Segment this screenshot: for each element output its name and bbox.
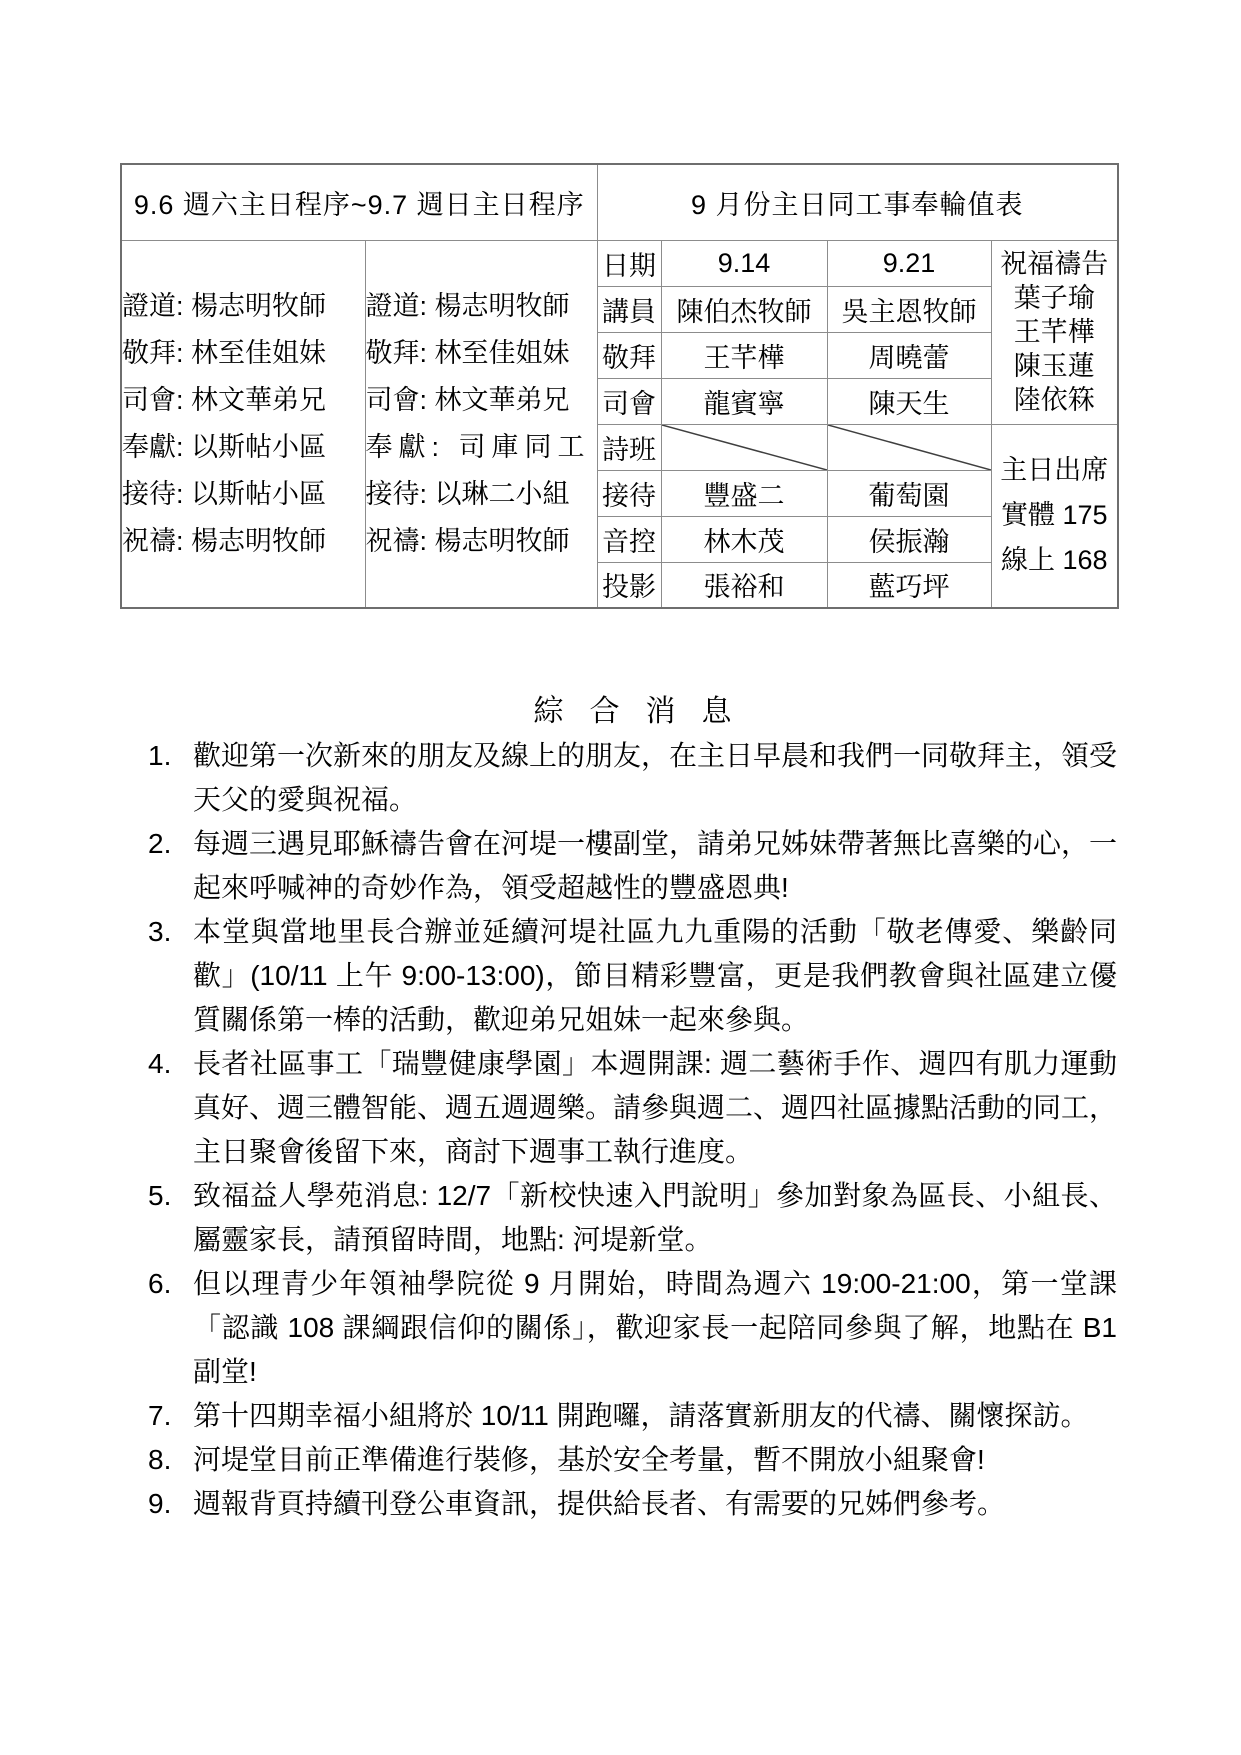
news-item: 9. 週報背頁持續刊登公車資訊，提供給長者、有需要的兄姊們參考。 bbox=[148, 1482, 1117, 1526]
news-item-text: 河堤堂目前正準備進行裝修，基於安全考量，暫不開放小組聚會! bbox=[193, 1438, 1117, 1482]
roster-label: 日期 bbox=[597, 240, 661, 286]
roster-label: 敬拜 bbox=[597, 332, 661, 378]
news-section: 綜合消息 1. 歡迎第一次新來的朋友及線上的朋友，在主日早晨和我們一同敬拜主，領… bbox=[148, 690, 1117, 1526]
blessing-line: 王芊樺 bbox=[992, 315, 1118, 349]
attendance-line: 主日出席 bbox=[992, 448, 1118, 493]
choir-empty-cell bbox=[661, 424, 827, 470]
roster-label: 投影 bbox=[597, 562, 661, 608]
roster-label: 接待 bbox=[597, 470, 661, 516]
program-line: 奉獻: 司庫同工 bbox=[366, 424, 597, 471]
program-line: 司會: 林文華弟兄 bbox=[366, 377, 597, 424]
roster-value: 周曉蕾 bbox=[827, 332, 991, 378]
weekend-program-title: 9.6 週六主日程序~9.7 週日主日程序 bbox=[121, 164, 597, 240]
program-line: 證道: 楊志明牧師 bbox=[122, 283, 365, 330]
blessing-line: 祝福禱告 bbox=[992, 247, 1118, 281]
blessing-line: 陳玉蓮 bbox=[992, 349, 1118, 383]
program-line: 司會: 林文華弟兄 bbox=[122, 377, 365, 424]
program-line: 證道: 楊志明牧師 bbox=[366, 283, 597, 330]
blessing-line: 葉子瑜 bbox=[992, 281, 1118, 315]
attendance-line: 實體 175 bbox=[992, 493, 1118, 538]
roster-label: 詩班 bbox=[597, 424, 661, 470]
news-item-number: 5. bbox=[148, 1174, 193, 1218]
roster-label: 司會 bbox=[597, 378, 661, 424]
choir-empty-cell bbox=[827, 424, 991, 470]
roster-value: 陳伯杰牧師 bbox=[661, 286, 827, 332]
program-line: 祝禱: 楊志明牧師 bbox=[122, 518, 365, 565]
duty-roster-title: 9 月份主日同工事奉輪值表 bbox=[597, 164, 1118, 240]
news-item: 7. 第十四期幸福小組將於 10/11 開跑囉，請落實新朋友的代禱、關懷探訪。 bbox=[148, 1394, 1117, 1438]
news-item: 8. 河堤堂目前正準備進行裝修，基於安全考量，暫不開放小組聚會! bbox=[148, 1438, 1117, 1482]
program-line: 祝禱: 楊志明牧師 bbox=[366, 518, 597, 565]
roster-value: 葡萄園 bbox=[827, 470, 991, 516]
roster-value: 9.14 bbox=[661, 240, 827, 286]
roster-value: 侯振瀚 bbox=[827, 516, 991, 562]
program-line: 奉獻: 以斯帖小區 bbox=[122, 424, 365, 471]
news-item-number: 3. bbox=[148, 910, 193, 954]
roster-row-date: 證道: 楊志明牧師 敬拜: 林至佳姐妹 司會: 林文華弟兄 奉獻: 以斯帖小區 … bbox=[121, 240, 1118, 286]
news-item-text: 每週三遇見耶穌禱告會在河堤一樓副堂，請弟兄姊妹帶著無比喜樂的心，一起來呼喊神的奇… bbox=[193, 822, 1117, 910]
table-header-row: 9.6 週六主日程序~9.7 週日主日程序 9 月份主日同工事奉輪值表 bbox=[121, 164, 1118, 240]
news-item-text: 週報背頁持續刊登公車資訊，提供給長者、有需要的兄姊們參考。 bbox=[193, 1482, 1117, 1526]
roster-value: 陳天生 bbox=[827, 378, 991, 424]
roster-value: 林木茂 bbox=[661, 516, 827, 562]
roster-value: 龍賓寧 bbox=[661, 378, 827, 424]
news-item: 3. 本堂與當地里長合辦並延續河堤社區九九重陽的活動「敬老傳愛、樂齡同歡」(10… bbox=[148, 910, 1117, 1042]
sunday-attendance-cell: 主日出席 實體 175 線上 168 bbox=[991, 424, 1118, 608]
news-item-number: 6. bbox=[148, 1262, 193, 1306]
roster-value: 9.21 bbox=[827, 240, 991, 286]
roster-value: 吳主恩牧師 bbox=[827, 286, 991, 332]
news-item: 5. 致福益人學苑消息: 12/7「新校快速入門說明」參加對象為區長、小組長、屬… bbox=[148, 1174, 1117, 1262]
blessing-line: 陸依箖 bbox=[992, 383, 1118, 417]
program-line: 敬拜: 林至佳姐妹 bbox=[366, 330, 597, 377]
diagonal-strike-line bbox=[662, 425, 827, 470]
diagonal-strike-line bbox=[828, 425, 991, 470]
roster-value: 王芊樺 bbox=[661, 332, 827, 378]
roster-label: 講員 bbox=[597, 286, 661, 332]
news-item-number: 2. bbox=[148, 822, 193, 866]
news-item-text: 長者社區事工「瑞豐健康學園」本週開課: 週二藝術手作、週四有肌力運動真好、週三體… bbox=[193, 1042, 1117, 1174]
program-line: 接待: 以琳二小組 bbox=[366, 471, 597, 518]
news-item-text: 致福益人學苑消息: 12/7「新校快速入門說明」參加對象為區長、小組長、屬靈家長… bbox=[193, 1174, 1117, 1262]
news-item-number: 4. bbox=[148, 1042, 193, 1086]
saturday-program-cell: 證道: 楊志明牧師 敬拜: 林至佳姐妹 司會: 林文華弟兄 奉獻: 以斯帖小區 … bbox=[121, 240, 365, 608]
schedule-roster-table: 9.6 週六主日程序~9.7 週日主日程序 9 月份主日同工事奉輪值表 證道: … bbox=[120, 163, 1119, 609]
program-line: 敬拜: 林至佳姐妹 bbox=[122, 330, 365, 377]
attendance-line: 線上 168 bbox=[992, 538, 1118, 583]
news-item: 2. 每週三遇見耶穌禱告會在河堤一樓副堂，請弟兄姊妹帶著無比喜樂的心，一起來呼喊… bbox=[148, 822, 1117, 910]
roster-value: 張裕和 bbox=[661, 562, 827, 608]
roster-value: 豐盛二 bbox=[661, 470, 827, 516]
blessing-prayer-cell: 祝福禱告 葉子瑜 王芊樺 陳玉蓮 陸依箖 bbox=[991, 240, 1118, 424]
news-title: 綜合消息 bbox=[148, 690, 1117, 734]
news-item-number: 8. bbox=[148, 1438, 193, 1482]
sunday-program-cell: 證道: 楊志明牧師 敬拜: 林至佳姐妹 司會: 林文華弟兄 奉獻: 司庫同工 接… bbox=[365, 240, 597, 608]
news-item-number: 7. bbox=[148, 1394, 193, 1438]
roster-value: 藍巧坪 bbox=[827, 562, 991, 608]
news-item-number: 9. bbox=[148, 1482, 193, 1526]
news-item-text: 第十四期幸福小組將於 10/11 開跑囉，請落實新朋友的代禱、關懷探訪。 bbox=[193, 1394, 1117, 1438]
news-item-text: 歡迎第一次新來的朋友及線上的朋友，在主日早晨和我們一同敬拜主，領受天父的愛與祝福… bbox=[193, 734, 1117, 822]
program-line: 接待: 以斯帖小區 bbox=[122, 471, 365, 518]
news-item: 1. 歡迎第一次新來的朋友及線上的朋友，在主日早晨和我們一同敬拜主，領受天父的愛… bbox=[148, 734, 1117, 822]
bulletin-page: 9.6 週六主日程序~9.7 週日主日程序 9 月份主日同工事奉輪值表 證道: … bbox=[0, 0, 1241, 1755]
news-item: 4. 長者社區事工「瑞豐健康學園」本週開課: 週二藝術手作、週四有肌力運動真好、… bbox=[148, 1042, 1117, 1174]
news-item-text: 本堂與當地里長合辦並延續河堤社區九九重陽的活動「敬老傳愛、樂齡同歡」(10/11… bbox=[193, 910, 1117, 1042]
news-item-number: 1. bbox=[148, 734, 193, 778]
news-item-text: 但以理青少年領袖學院從 9 月開始，時間為週六 19:00-21:00，第一堂課… bbox=[193, 1262, 1117, 1394]
news-item: 6. 但以理青少年領袖學院從 9 月開始，時間為週六 19:00-21:00，第… bbox=[148, 1262, 1117, 1394]
roster-label: 音控 bbox=[597, 516, 661, 562]
